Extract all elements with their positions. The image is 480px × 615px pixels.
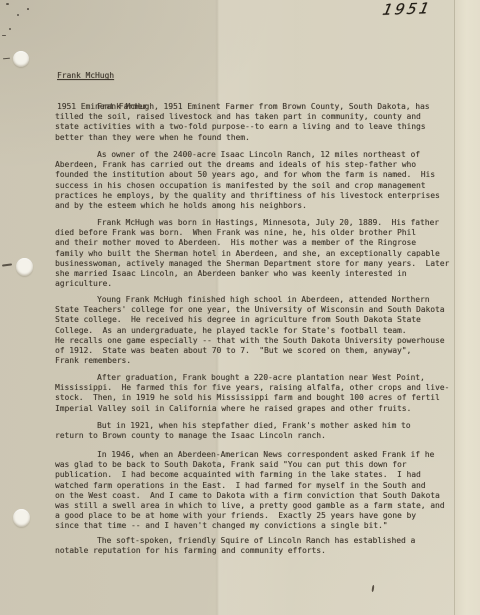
ink-speck	[2, 35, 6, 36]
stray-ink-mark	[371, 585, 374, 592]
document-title: Frank McHugh	[57, 71, 257, 81]
pencil-dash-mark	[1, 263, 11, 266]
paragraph-closing: The soft-spoken, friendly Squire of Linc…	[55, 536, 459, 556]
paragraph-birth-family: Frank McHugh was born in Hastings, Minne…	[55, 218, 459, 289]
paragraph-plantation: After graduation, Frank bought a 220-acr…	[55, 373, 459, 414]
handwritten-year-annotation: 1951	[381, 0, 431, 18]
ink-speck	[27, 8, 29, 10]
hole-punch-top	[13, 51, 29, 67]
document-page: 1951 Frank McHugh 1951 Eminent Farmer Fr…	[0, 0, 480, 615]
paragraph-1946-quote: In 1946, when an Aberdeen-American News …	[55, 450, 459, 532]
pencil-dash-mark	[3, 57, 10, 59]
paragraph-intro: Frank McHugh, 1951 Eminent Farmer from B…	[55, 102, 459, 143]
ink-speck	[17, 14, 19, 16]
hole-punch-bottom	[13, 509, 30, 527]
paragraph-ranch-owner: As owner of the 2400-acre Isaac Lincoln …	[55, 150, 459, 211]
hole-punch-middle	[16, 258, 33, 276]
ink-speck	[6, 3, 9, 5]
paragraph-return-1921: But in 1921, when his stepfather died, F…	[55, 421, 459, 441]
ink-speck	[9, 28, 11, 30]
paragraph-education: Young Frank McHugh finished high school …	[55, 295, 459, 366]
